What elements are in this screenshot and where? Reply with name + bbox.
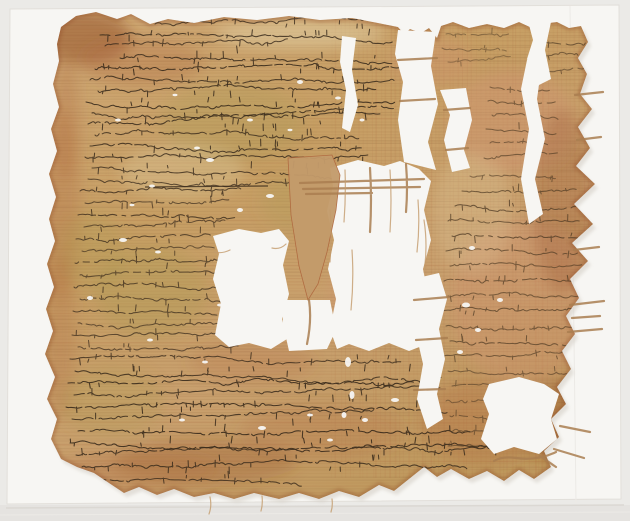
small-loss	[87, 296, 93, 300]
small-loss	[462, 303, 470, 308]
small-loss	[247, 119, 253, 122]
small-loss	[297, 80, 303, 84]
small-loss	[194, 147, 200, 150]
small-loss	[155, 251, 161, 254]
small-loss	[237, 208, 243, 212]
small-loss	[362, 418, 368, 422]
small-loss	[288, 129, 293, 131]
small-loss	[335, 97, 341, 100]
small-loss	[173, 94, 178, 96]
small-loss	[457, 350, 463, 354]
small-loss	[217, 304, 223, 307]
small-loss	[345, 357, 351, 367]
small-loss	[360, 119, 365, 122]
small-loss	[206, 158, 214, 162]
papyrus-scene	[0, 0, 630, 521]
stain-blotch	[60, 210, 124, 294]
small-loss	[497, 298, 503, 302]
small-loss	[115, 119, 121, 122]
stain-blotch	[60, 366, 164, 438]
small-loss	[258, 426, 266, 430]
small-loss	[342, 412, 347, 418]
small-loss	[327, 439, 333, 442]
small-loss	[202, 361, 208, 364]
small-loss	[130, 204, 135, 206]
small-loss	[149, 185, 155, 188]
small-loss	[307, 414, 313, 417]
small-loss	[391, 398, 399, 402]
small-loss	[179, 419, 185, 422]
small-loss	[475, 328, 481, 332]
small-loss	[350, 391, 355, 399]
small-loss	[469, 246, 475, 250]
stain-blotch	[215, 20, 385, 48]
small-loss	[266, 194, 274, 198]
small-loss	[147, 339, 153, 342]
stain-blotch	[432, 152, 512, 272]
small-loss	[119, 238, 127, 242]
papyrus-photograph	[0, 0, 630, 521]
